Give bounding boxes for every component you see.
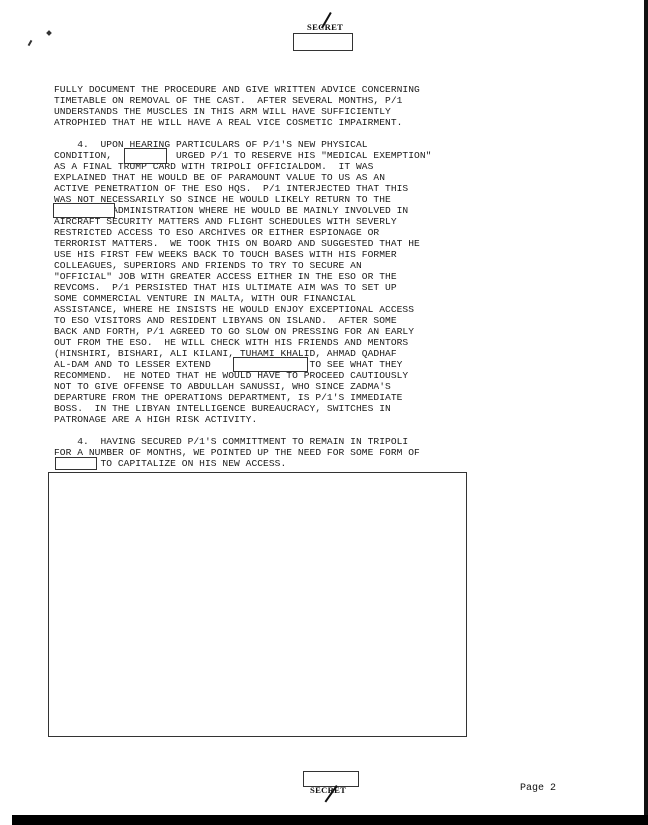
redaction-box-large [48,472,467,737]
scan-bottom-bar [12,815,648,825]
page-number: Page 2 [520,783,556,794]
text-line: EXPLAINED THAT HE WOULD BE OF PARAMOUNT … [54,172,385,183]
text-line: UNDERSTANDS THE MUSCLES IN THIS ARM WILL… [54,106,391,117]
text-line: NOT TO GIVE OFFENSE TO ABDULLAH SANUSSI,… [54,381,391,392]
scan-speck [46,30,52,36]
text-line: BOSS. IN THE LIBYAN INTELLIGENCE BUREAUC… [54,403,391,414]
text-line: PATRONAGE ARE A HIGH RISK ACTIVITY. [54,414,257,425]
redaction-box [55,457,97,470]
text-line: REVCOMS. P/1 PERSISTED THAT HIS ULTIMATE… [54,282,397,293]
redaction-box-header [293,33,353,51]
text-line: RECOMMEND. HE NOTED THAT HE WOULD HAVE T… [54,370,408,381]
document-page: SECRET FULLY DOCUMENT THE PROCEDURE AND … [0,0,648,825]
text-line: FULLY DOCUMENT THE PROCEDURE AND GIVE WR… [54,84,420,95]
text-line: RESTRICTED ACCESS TO ESO ARCHIVES OR EIT… [54,227,379,238]
text-line: CONDITION, URGED P/1 TO RESERVE HIS "MED… [54,150,431,161]
text-line: TERRORIST MATTERS. WE TOOK THIS ON BOARD… [54,238,420,249]
text-line: "OFFICIAL" JOB WITH GREATER ACCESS EITHE… [54,271,397,282]
redaction-box [53,203,115,218]
text-line: TO ESO VISITORS AND RESIDENT LIBYANS ON … [54,315,397,326]
text-line: AL-DAM AND TO LESSER EXTEND TO SEE WHAT … [54,359,402,370]
text-line: TIMETABLE ON REMOVAL OF THE CAST. AFTER … [54,95,402,106]
scan-speck [28,40,33,46]
text-line: AS A FINAL TRUMP CARD WITH TRIPOLI OFFIC… [54,161,373,172]
text-line: ATROPHIED THAT HE WILL HAVE A REAL VICE … [54,117,402,128]
text-line: SOME COMMERCIAL VENTURE IN MALTA, WITH O… [54,293,356,304]
redaction-box [124,148,167,164]
text-line: (HINSHIRI, BISHARI, ALI KILANI, TUHAMI K… [54,348,397,359]
text-line: ACTIVE PENETRATION OF THE ESO HQS. P/1 I… [54,183,408,194]
text-line: COLLEAGUES, SUPERIORS AND FRIENDS TO TRY… [54,260,362,271]
text-line: OUT FROM THE ESO. HE WILL CHECK WITH HIS… [54,337,408,348]
text-line: 4. HAVING SECURED P/1'S COMMITTMENT TO R… [54,436,408,447]
text-line: ASSISTANCE, WHERE HE INSISTS HE WOULD EN… [54,304,414,315]
classification-marking-bottom: SECRET [310,785,346,795]
text-line: 4. UPON HEARING PARTICULARS OF P/1'S NEW… [54,139,368,150]
redaction-box [233,357,308,372]
text-line: BACK AND FORTH, P/1 AGREED TO GO SLOW ON… [54,326,414,337]
text-line: DEPARTURE FROM THE OPERATIONS DEPARTMENT… [54,392,402,403]
text-line: USE HIS FIRST FEW WEEKS BACK TO TOUCH BA… [54,249,397,260]
scan-edge [644,0,648,825]
text-line: FOR A NUMBER OF MONTHS, WE POINTED UP TH… [54,447,420,458]
